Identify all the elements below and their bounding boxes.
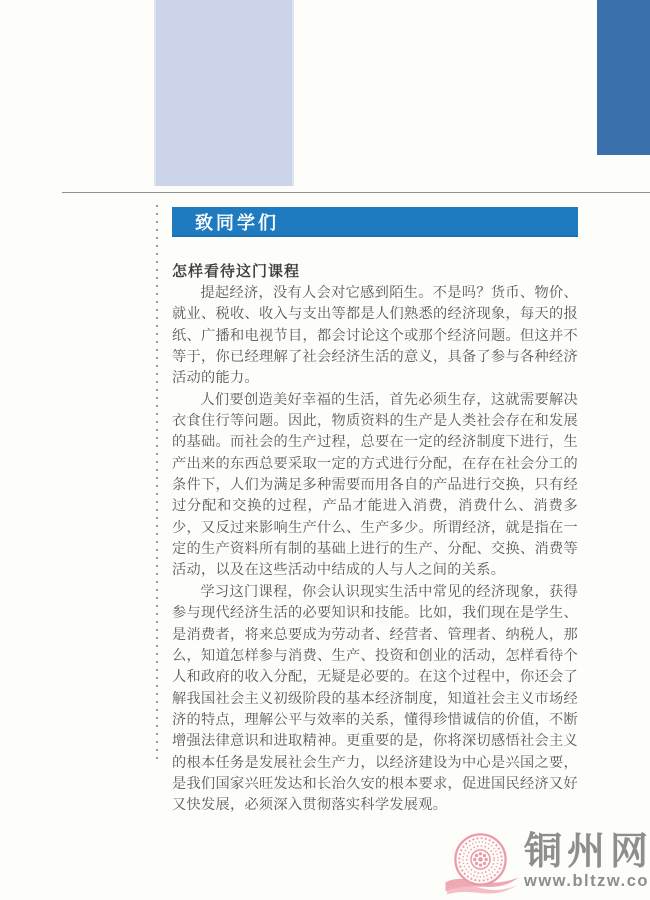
paragraph: 提起经济，没有人会对它感到陌生。不是吗？货币、物价、就业、税收、收入与支出等都是…	[172, 283, 578, 390]
site-watermark: 铜州网 www.bltzw.com	[444, 832, 650, 896]
section-heading: 怎样看待这门课程	[172, 260, 578, 281]
header-divider-line	[62, 192, 650, 193]
paragraph: 人们要创造美好幸福的生活，首先必须生存，这就需要解决衣食住行等问题。因此，物质资…	[172, 390, 578, 582]
paragraph: 学习这门课程，你会认识现实生活中常见的经济现象，获得参与现代经济生活的必要知识和…	[172, 582, 578, 817]
body-text-block: 提起经济，没有人会对它感到陌生。不是吗？货币、物价、就业、税收、收入与支出等都是…	[172, 283, 578, 817]
chapter-banner-title: 致同学们	[172, 209, 279, 235]
watermark-site-url: www.bltzw.com	[524, 873, 650, 890]
watermark-text: 铜州网 www.bltzw.com	[524, 832, 650, 890]
seal-ribbon-icon	[444, 832, 520, 896]
top-right-decor-panel	[597, 0, 650, 155]
watermark-site-name: 铜州网	[524, 832, 650, 872]
chapter-banner: 致同学们	[172, 207, 578, 237]
top-left-decor-panel	[154, 0, 294, 186]
left-dotted-margin-line	[156, 205, 158, 765]
